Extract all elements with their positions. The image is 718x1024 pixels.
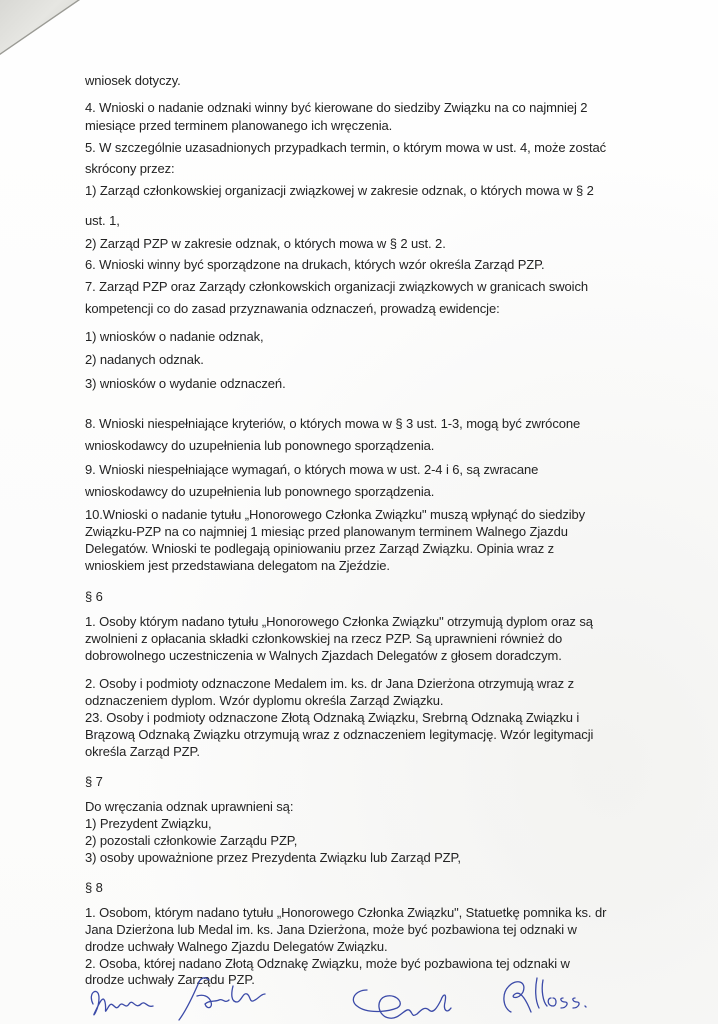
text-line: Do wręczania odznak uprawnieni są: [85,799,293,815]
text-line: 5. W szczególnie uzasadnionych przypadka… [85,140,606,156]
text-line: miesiące przed terminem planowanego ich … [85,118,392,134]
text-line: 1. Osoby którym nadano tytułu „Honoroweg… [85,614,593,630]
text-line: 4. Wnioski o nadanie odznaki winny być k… [85,100,587,116]
text-line: wniosek dotyczy. [85,73,181,89]
text-line: wnioskodawcy do uzupełnienia lub ponowne… [85,484,434,500]
text-line: ust. 1, [85,213,120,229]
text-line: drodze uchwały Walnego Zjazdu Delegatów … [85,939,388,955]
section-heading: § 7 [85,774,103,790]
signature-4 [493,968,593,1018]
text-line: odznaczeniem dyplom. Wzór dyplomu określ… [85,693,443,709]
signature-3 [347,978,457,1024]
text-line: 8. Wnioski niespełniające kryteriów, o k… [85,416,580,432]
text-line: wnioskiem jest przedstawiana delegatom n… [85,558,390,574]
text-line: 3) osoby upoważnione przez Prezydenta Zw… [85,850,461,866]
text-line: 2) Zarząd PZP w zakresie odznak, o który… [85,236,446,252]
text-line: skrócony przez: [85,161,175,177]
text-line: 2) pozostali członkowie Zarządu PZP, [85,833,297,849]
signatures-area [85,968,605,1024]
text-line: 23. Osoby i podmioty odznaczone Złotą Od… [85,710,579,726]
signature-1 [85,982,165,1024]
text-line: 7. Zarząd PZP oraz Zarządy członkowskich… [85,279,588,295]
section-heading: § 8 [85,880,103,896]
text-line: 6. Wnioski winny być sporządzone na druk… [85,257,545,273]
text-line: określa Zarząd PZP. [85,744,200,760]
text-line: Jana Dzierżona lub Medal im. ks. Jana Dz… [85,922,577,938]
text-line: 3) wniosków o wydanie odznaczeń. [85,376,286,392]
text-line: 1) Zarząd członkowskiej organizacji zwią… [85,183,594,199]
text-line: Związku-PZP na co najmniej 1 miesiąc prz… [85,524,568,540]
text-line: 9. Wnioski niespełniające wymagań, o któ… [85,462,538,478]
text-line: zwolnieni z opłacania składki członkowsk… [85,631,562,647]
text-line: dobrowolnego uczestniczenia w Walnych Zj… [85,648,562,664]
text-line: 2. Osoby i podmioty odznaczone Medalem i… [85,676,574,692]
text-line: 10.Wnioski o nadanie tytułu „Honorowego … [85,507,585,523]
text-line: kompetencji co do zasad przyznawania odz… [85,301,500,317]
text-line: Brązową Odznaką Związku otrzymują wraz z… [85,727,593,743]
text-line: 1. Osobom, którym nadano tytułu „Honorow… [85,905,606,921]
section-heading: § 6 [85,589,103,605]
text-line: Delegatów. Wnioski te podlegają opiniowa… [85,541,554,557]
text-line: 1) wniosków o nadanie odznak, [85,329,264,345]
text-line: 1) Prezydent Związku, [85,816,212,832]
text-line: 2) nadanych odznak. [85,352,204,368]
text-line: wnioskodawcy do uzupełnienia lub ponowne… [85,438,434,454]
signature-2 [175,972,270,1024]
